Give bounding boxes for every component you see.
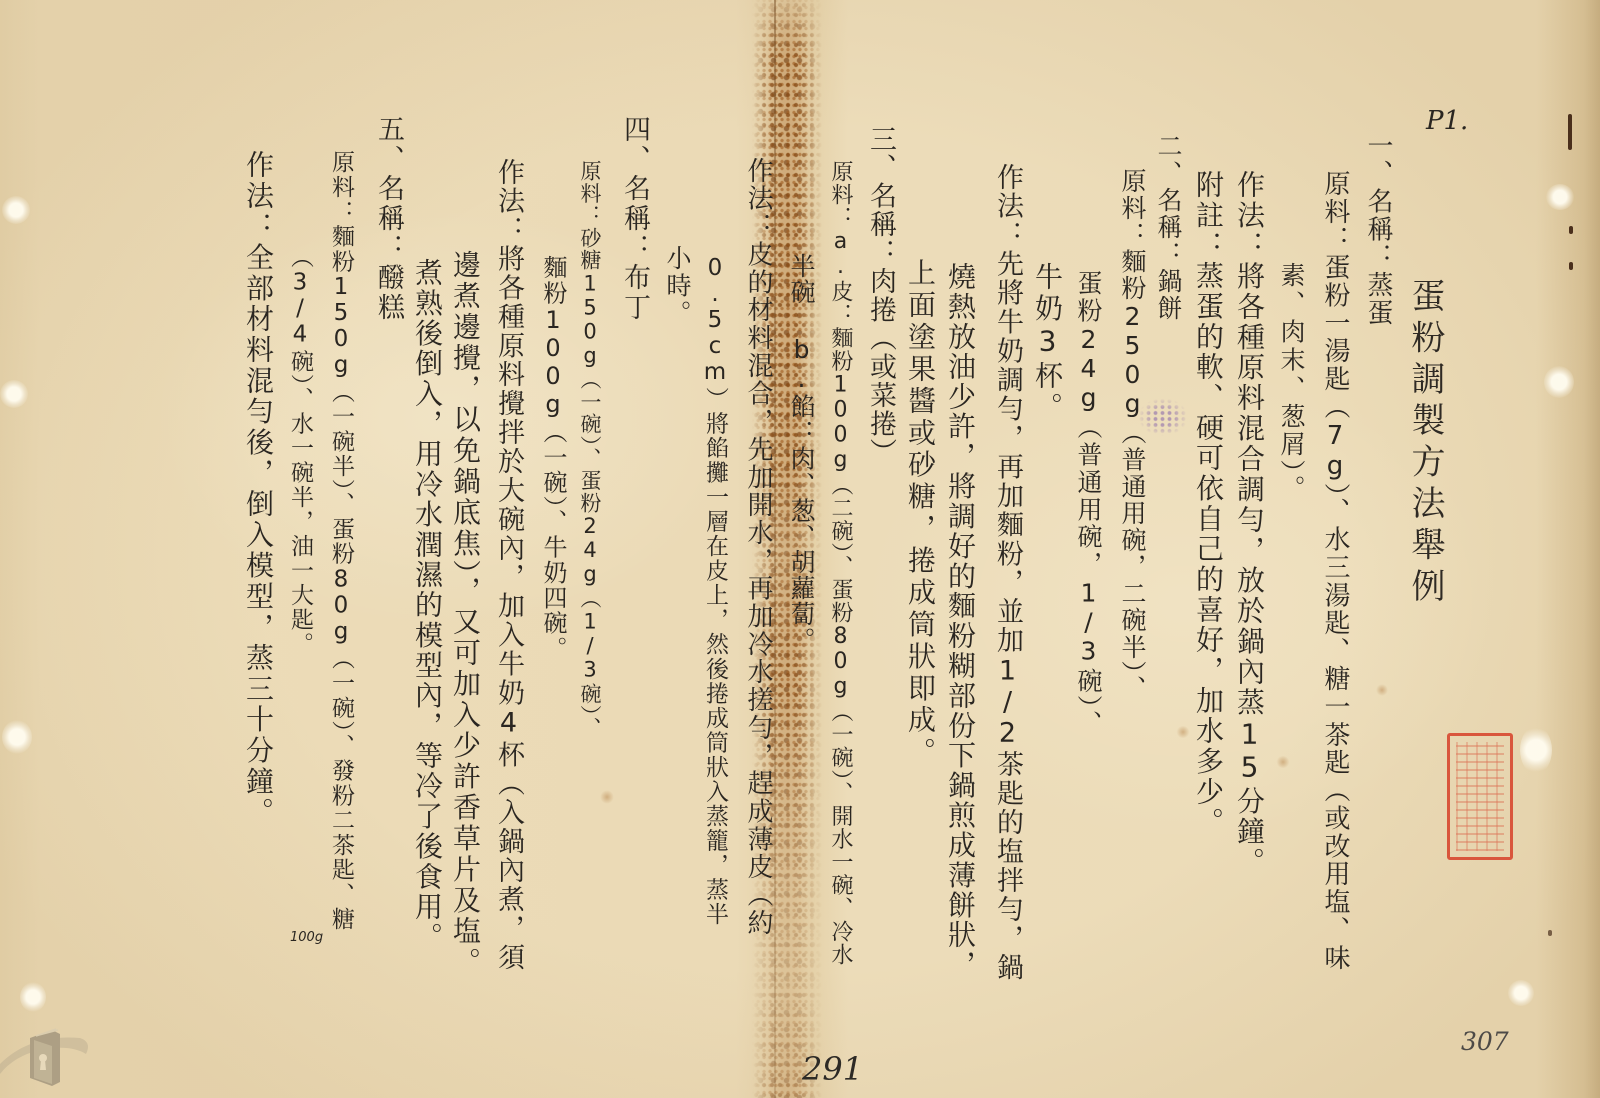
ingredients-line: 原料：a.皮：麵粉100g（二碗）、蛋粉80g（一碗）、開水一碗、冷水 <box>820 160 860 965</box>
recipe-heading: 一、名稱：蒸蛋 <box>1358 132 1398 325</box>
method-line: 0.5cm）將餡攤一層在皮上，然後捲成筒狀入蒸籠，蒸半 <box>695 255 735 925</box>
method-line: 作法：將各種原料攪拌於大碗內，加入牛奶4杯（入鍋內煮，須 <box>488 158 528 970</box>
staple-hole <box>1544 366 1574 398</box>
page-mark: P1. <box>1426 106 1468 136</box>
ingredients-line: 原料：蛋粉一湯匙（7g）、水三湯匙、糖一茶匙（或改用塩、味 <box>1315 170 1355 970</box>
foxing-spot <box>1376 684 1388 696</box>
staple-hole <box>0 380 28 408</box>
staple-rust-mark <box>1548 930 1552 936</box>
section-number: 四、 <box>619 115 650 174</box>
recipe-heading: 四、名稱：布丁 <box>614 115 654 320</box>
staple-hole <box>1520 726 1552 774</box>
recipe-name: 布丁 <box>619 263 650 320</box>
name-label: 名稱： <box>1363 188 1393 272</box>
note-text: 蒸蛋的軟、硬可依自己的喜好，加水多少。 <box>1192 261 1225 835</box>
recipe-heading: 二、名稱：鍋餅 <box>1148 133 1188 320</box>
section-number: 一、 <box>1363 132 1393 188</box>
method-line: 作法：將各種原料混合調勻，放於鍋內蒸15分鐘。 <box>1229 170 1269 875</box>
section-number: 三、 <box>865 125 896 182</box>
name-label: 名稱： <box>865 182 896 267</box>
staple-hole <box>1508 980 1534 1006</box>
ingredients-label: 原料： <box>578 160 602 227</box>
ingredients-marginal-note: 100g <box>290 930 323 945</box>
method-line: 小時。 <box>657 245 697 325</box>
seal-characters <box>1456 742 1504 851</box>
ingredients-line: 牛奶3杯。 <box>1027 262 1067 420</box>
method-label: 作法： <box>992 163 1023 250</box>
section-number: 二、 <box>1154 133 1183 187</box>
staple-hole <box>2 720 32 754</box>
method-text: 先將牛奶調勻，再加麵粉，並加1/2茶匙的塩拌勻，鍋 <box>992 250 1023 980</box>
note-label: 附註： <box>1192 170 1225 261</box>
method-text: 將各種原料混合調勻，放於鍋內蒸15分鐘。 <box>1233 261 1266 875</box>
method-label: 作法： <box>743 157 773 241</box>
ingredients-label: 原料： <box>328 150 354 224</box>
ingredients-text: 蛋粉一湯匙（7g）、水三湯匙、糖一茶匙（或改用塩、味 <box>1320 254 1350 970</box>
note-line: 附註：蒸蛋的軟、硬可依自己的喜好，加水多少。 <box>1188 170 1228 835</box>
archive-watermark-logo-icon <box>0 1024 92 1088</box>
staple-hole <box>20 982 46 1012</box>
document-scan: P1. 蛋粉調製方法舉例 一、名稱：蒸蛋 原料：蛋粉一湯匙（7g）、水三湯匙、糖… <box>0 0 1600 1098</box>
method-text: 全部材料混勻後，倒入模型，蒸三十分鐘。 <box>242 242 275 825</box>
method-label: 作法： <box>493 158 524 245</box>
ingredients-text: a.皮：麵粉100g（二碗）、蛋粉80g（一碗）、開水一碗、冷水 <box>828 229 853 965</box>
recipe-name: 鍋餅 <box>1154 268 1183 320</box>
folio-center: 291 <box>802 1050 863 1088</box>
folio-bottom-right: 307 <box>1461 1027 1509 1056</box>
recipe-name: 蒸蛋 <box>1363 271 1393 325</box>
ingredients-text: 麵粉150g（一碗半）、蛋粉80g（一碗）、發粉二茶匙、糖 <box>328 224 354 930</box>
foxing-spot <box>600 790 614 804</box>
ingredients-line: 蛋粉24g（普通用碗，1/3碗）、 <box>1068 270 1108 735</box>
ingredients-line: 原料：麵粉250g（普通用碗，二碗半）、 <box>1112 168 1152 700</box>
method-line: 作法：先將牛奶調勻，再加麵粉，並加1/2茶匙的塩拌勻，鍋 <box>987 163 1027 980</box>
method-text: 皮的材料混合，先加開水，再加冷水搓勻，趕成薄皮（約 <box>743 241 773 935</box>
ingredients-line: 半碗 b.餡：肉、葱、胡蘿蔔。 <box>781 253 821 652</box>
red-seal-stamp <box>1447 733 1513 860</box>
recipe-heading: 三、名稱：肉捲（或菜捲） <box>860 125 900 465</box>
section-number: 五、 <box>373 115 404 174</box>
recipe-name: 醱糕 <box>373 263 404 320</box>
ingredients-line: 原料：麵粉150g（一碗半）、蛋粉80g（一碗）、發粉二茶匙、糖 <box>321 150 361 930</box>
foxing-spot <box>1276 756 1290 768</box>
recipe-name: 肉捲（或菜捲） <box>865 267 896 465</box>
method-text: 將各種原料攪拌於大碗內，加入牛奶4杯（入鍋內煮，須 <box>493 245 524 970</box>
ingredients-label: 原料： <box>1118 168 1147 248</box>
method-label: 作法： <box>242 150 275 242</box>
method-line: 煮熟後倒入，用冷水潤濕的模型內，等冷了後食用。 <box>407 258 447 950</box>
name-label: 名稱： <box>619 174 650 263</box>
ingredients-text: 砂糖150g（一碗）、蛋粉24g（1/3碗）、 <box>578 227 602 738</box>
method-label: 作法： <box>1233 170 1266 261</box>
name-label: 名稱： <box>373 174 404 263</box>
document-title: 蛋粉調製方法舉例 <box>1405 278 1445 602</box>
ingredients-line: 麵粉100g（一碗）、牛奶四碗。 <box>533 255 573 660</box>
staple-rust-mark <box>1569 262 1573 270</box>
staple-rust-mark <box>1569 226 1573 234</box>
method-line: 燒熱放油少許，將調好的麵粉糊部份下鍋煎成薄餅狀， <box>940 262 980 978</box>
ingredients-line: （3/4碗）、水一碗半，油一大匙。 <box>280 245 320 655</box>
recipe-heading: 五、名稱：醱糕 <box>368 115 408 320</box>
staple-hole <box>1546 184 1574 210</box>
method-line: 上面塗果醬或砂糖，捲成筒狀即成。 <box>900 258 940 765</box>
ingredients-label: 原料： <box>828 160 853 229</box>
method-line: 邊煮邊攪，以免鍋底焦），又可加入少許香草片及塩。 <box>445 250 485 975</box>
ingredients-text: 麵粉250g（普通用碗，二碗半）、 <box>1118 248 1147 700</box>
ingredients-label: 原料： <box>1320 170 1350 254</box>
ingredients-line: 原料：砂糖150g（一碗）、蛋粉24g（1/3碗）、 <box>570 160 610 738</box>
name-label: 名稱： <box>1154 187 1183 268</box>
ingredients-line: 素、肉末、葱屑）。 <box>1271 262 1311 500</box>
method-line: 作法：全部材料混勻後，倒入模型，蒸三十分鐘。 <box>238 150 278 825</box>
method-line: 作法：皮的材料混合，先加開水，再加冷水搓勻，趕成薄皮（約 <box>738 157 778 935</box>
staple-hole <box>2 196 30 224</box>
staple-rust-mark <box>1568 114 1572 150</box>
